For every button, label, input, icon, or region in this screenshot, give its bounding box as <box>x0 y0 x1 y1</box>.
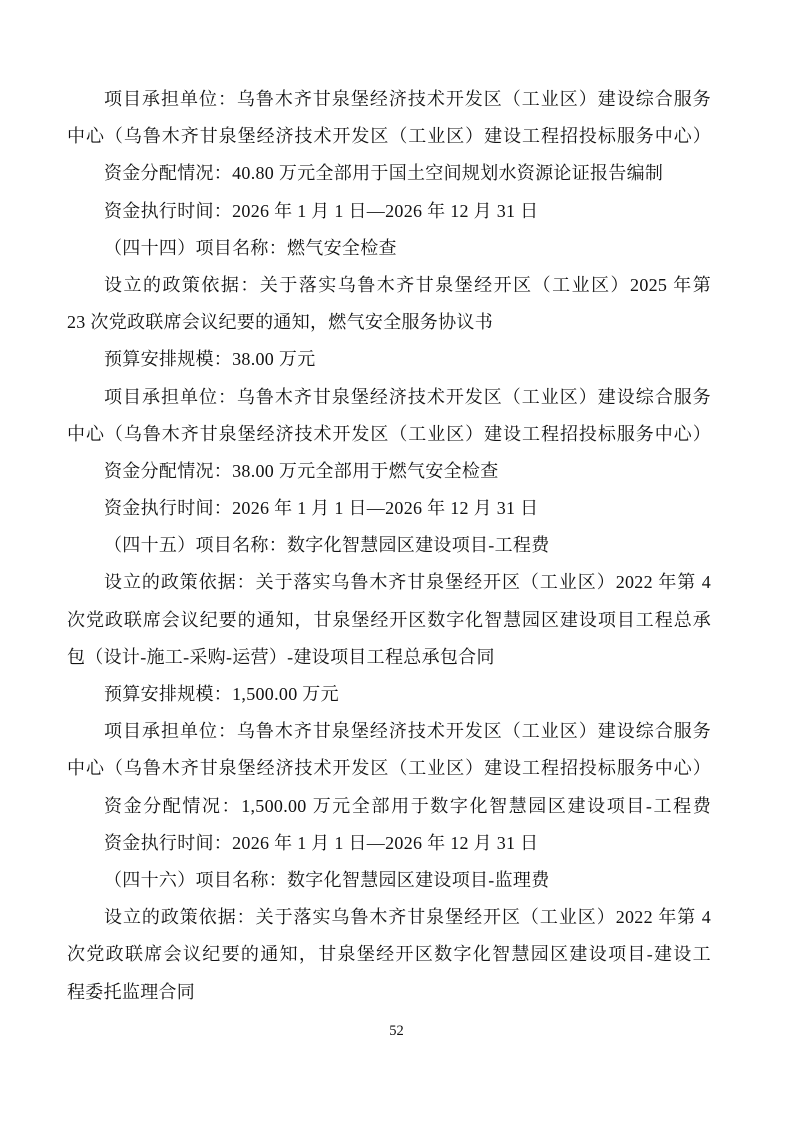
text-line: 预算安排规模：38.00 万元 <box>67 341 711 378</box>
document-body: 项目承担单位：乌鲁木齐甘泉堡经济技术开发区（工业区）建设综合服务 中心（乌鲁木齐… <box>67 81 711 1011</box>
text-line: 中心（乌鲁木齐甘泉堡经济技术开发区（工业区）建设工程招投标服务中心） <box>67 750 711 787</box>
text-line: 中心（乌鲁木齐甘泉堡经济技术开发区（工业区）建设工程招投标服务中心） <box>67 416 711 453</box>
text-line: 资金分配情况：1,500.00 万元全部用于数字化智慧园区建设项目-工程费 <box>67 788 711 825</box>
section-heading-46: （四十六）项目名称：数字化智慧园区建设项目-监理费 <box>67 862 711 899</box>
text-line: 项目承担单位：乌鲁木齐甘泉堡经济技术开发区（工业区）建设综合服务 <box>67 379 711 416</box>
text-line: 资金执行时间：2026 年 1 月 1 日—2026 年 12 月 31 日 <box>67 825 711 862</box>
text-line: 资金执行时间：2026 年 1 月 1 日—2026 年 12 月 31 日 <box>67 193 711 230</box>
text-line: 项目承担单位：乌鲁木齐甘泉堡经济技术开发区（工业区）建设综合服务 <box>67 81 711 118</box>
document-page: 项目承担单位：乌鲁木齐甘泉堡经济技术开发区（工业区）建设综合服务 中心（乌鲁木齐… <box>0 0 793 1122</box>
text-line: 中心（乌鲁木齐甘泉堡经济技术开发区（工业区）建设工程招投标服务中心） <box>67 118 711 155</box>
text-line: 项目承担单位：乌鲁木齐甘泉堡经济技术开发区（工业区）建设综合服务 <box>67 713 711 750</box>
text-line: 设立的政策依据：关于落实乌鲁木齐甘泉堡经开区（工业区）2022 年第 4 <box>67 564 711 601</box>
section-heading-44: （四十四）项目名称：燃气安全检查 <box>67 230 711 267</box>
text-line: 资金分配情况：38.00 万元全部用于燃气安全检查 <box>67 453 711 490</box>
text-line: 包（设计-施工-采购-运营）-建设项目工程总承包合同 <box>67 639 711 676</box>
text-line: 预算安排规模：1,500.00 万元 <box>67 676 711 713</box>
text-line: 设立的政策依据：关于落实乌鲁木齐甘泉堡经开区（工业区）2025 年第 <box>67 267 711 304</box>
text-line: 程委托监理合同 <box>67 974 711 1011</box>
text-line: 次党政联席会议纪要的通知，甘泉堡经开区数字化智慧园区建设项目-建设工 <box>67 936 711 973</box>
page-number: 52 <box>0 1021 793 1041</box>
text-line: 23 次党政联席会议纪要的通知，燃气安全服务协议书 <box>67 304 711 341</box>
text-line: 设立的政策依据：关于落实乌鲁木齐甘泉堡经开区（工业区）2022 年第 4 <box>67 899 711 936</box>
text-line: 资金执行时间：2026 年 1 月 1 日—2026 年 12 月 31 日 <box>67 490 711 527</box>
text-line: 资金分配情况：40.80 万元全部用于国土空间规划水资源论证报告编制 <box>67 155 711 192</box>
section-heading-45: （四十五）项目名称：数字化智慧园区建设项目-工程费 <box>67 527 711 564</box>
text-line: 次党政联席会议纪要的通知，甘泉堡经开区数字化智慧园区建设项目工程总承 <box>67 602 711 639</box>
